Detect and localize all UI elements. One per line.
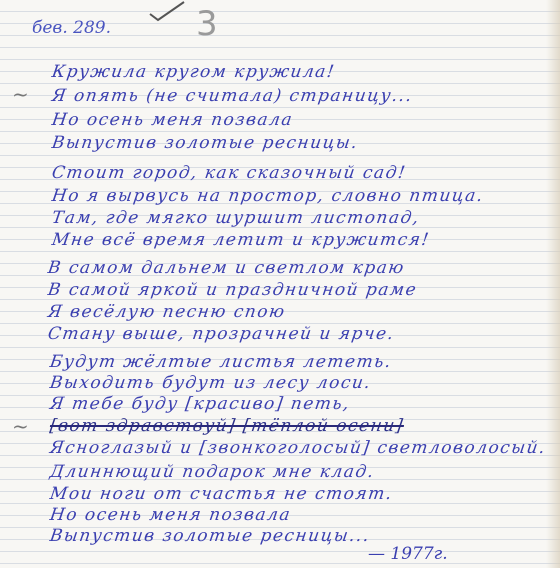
date-signature: — 1977г.: [368, 544, 448, 564]
poem-line: Но я вырвусь на простор, словно птица.: [51, 186, 486, 206]
poem-line: Мои ноги от счастья не стоят.: [49, 484, 395, 504]
poem-line: В самой яркой и праздничной раме: [47, 280, 419, 300]
poem-line: В самом дальнем и светлом краю: [47, 258, 407, 278]
poem-line: Я весёлую песню спою: [47, 302, 287, 322]
archive-reference: бев. 289.: [32, 18, 111, 38]
poem-line: Мне всё время летит и кружится!: [51, 230, 432, 250]
crossed-out-line: [вот здравствуй] [тёплой осени]: [49, 416, 406, 436]
poem-line: Длиннющий подарок мне клад.: [49, 462, 376, 482]
poem-line: Кружила кругом кружила!: [51, 62, 337, 82]
margin-mark: ~: [12, 82, 29, 106]
margin-mark: ~: [12, 414, 29, 438]
poem-line: Ясноглазый и [звонкоголосый] светловолос…: [49, 438, 548, 458]
poem-line: Там, где мягко шуршит листопад,: [51, 208, 422, 228]
poem-line: Но осень меня позвала: [49, 505, 293, 525]
pencil-page-number: 3: [196, 4, 218, 44]
poem-line: Будут жёлтые листья лететь.: [49, 352, 394, 372]
poem-line: Стоит город, как сказочный сад!: [51, 163, 408, 183]
poem-line: Но осень меня позвала: [51, 110, 295, 130]
poem-line: Стану выше, прозрачней и ярче.: [47, 324, 396, 344]
poem-line: Я опять (не считала) страницу...: [51, 86, 414, 106]
poem-line: Выпустив золотые ресницы...: [49, 526, 372, 546]
notebook-page: бев. 289. 3 Кружила кругом кружила! ~ Я …: [0, 0, 560, 568]
poem-line: Выпустив золотые ресницы.: [51, 133, 360, 153]
checkmark-icon: [148, 0, 186, 22]
poem-line: Я тебе буду [красиво] петь,: [49, 394, 352, 414]
poem-line: Выходить будут из лесу лоси.: [49, 373, 373, 393]
